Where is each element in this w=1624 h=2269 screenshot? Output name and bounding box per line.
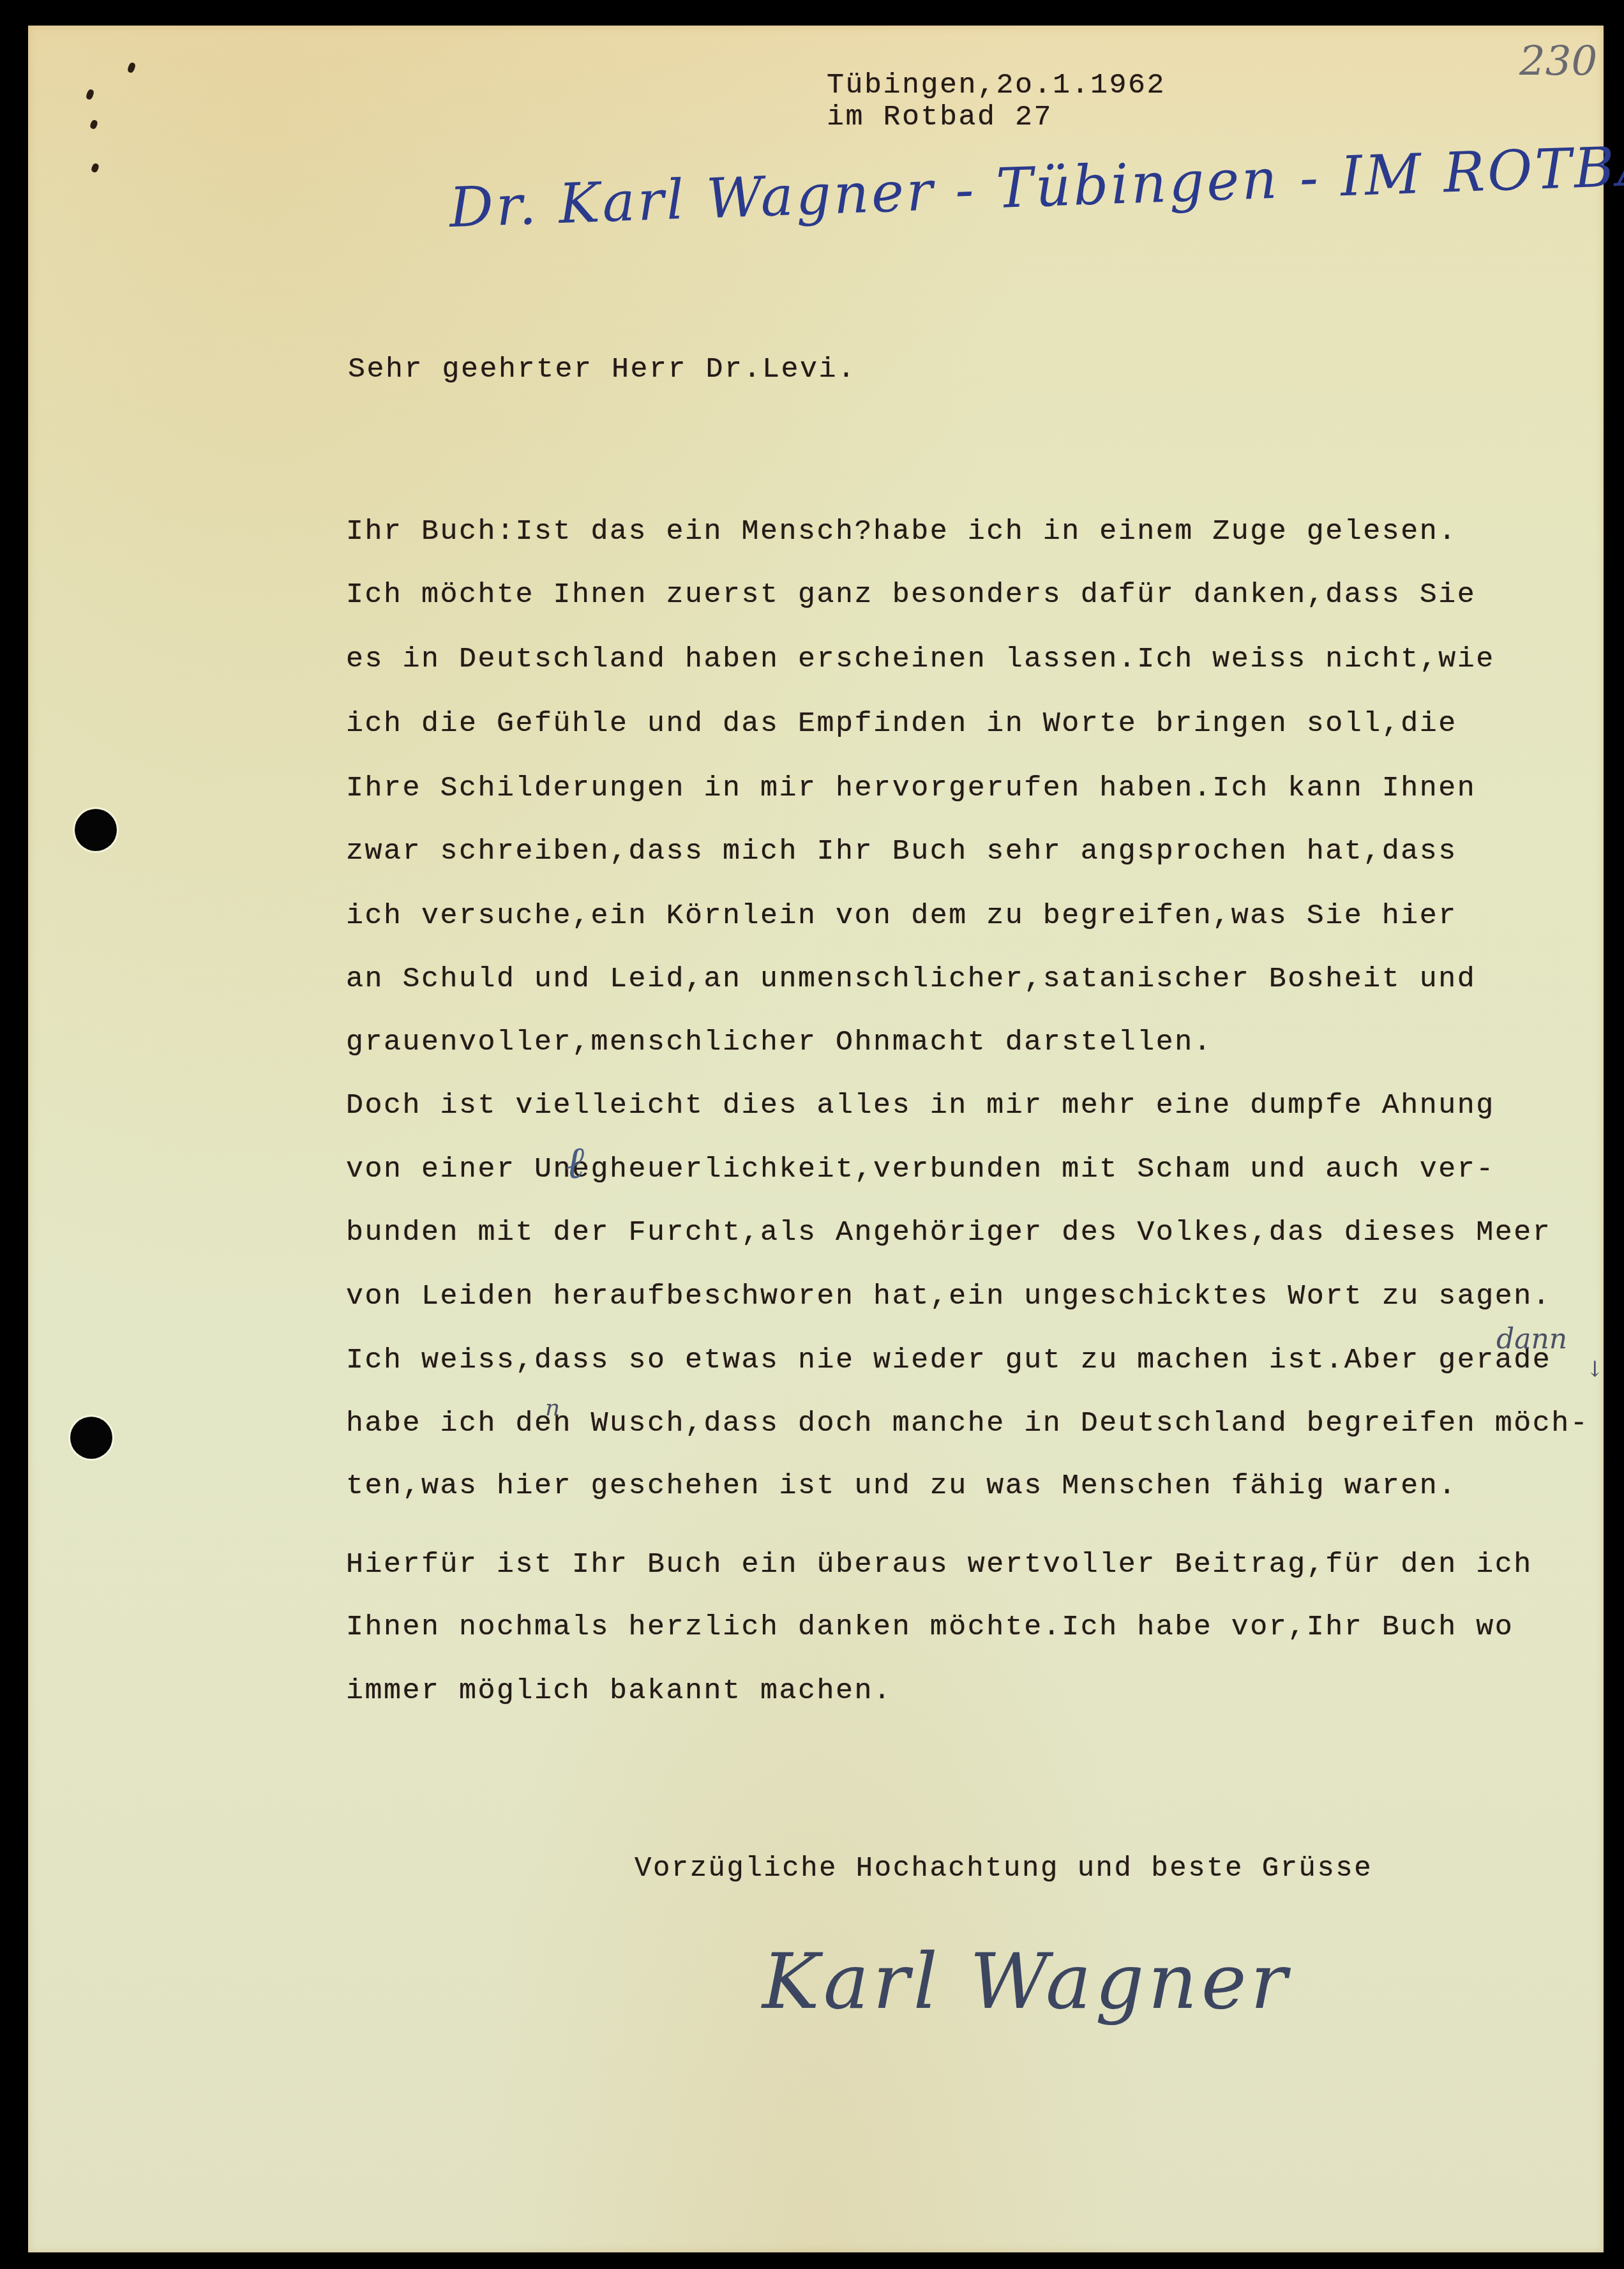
body-line: grauenvoller,menschlicher Ohnmacht darst… xyxy=(346,1026,1212,1059)
correction-insert-dann: dann xyxy=(1496,1323,1567,1355)
body-line: es in Deutschland haben erscheinen lasse… xyxy=(346,643,1495,675)
body-line: an Schuld und Leid,an unmenschlicher,sat… xyxy=(346,963,1476,995)
filing-mark xyxy=(91,163,100,174)
body-line: bunden mit der Furcht,als Angehöriger de… xyxy=(346,1216,1551,1249)
body-line: ich versuche,ein Körnlein von dem zu beg… xyxy=(346,900,1457,932)
body-line: ten,was hier geschehen ist und zu was Me… xyxy=(346,1470,1457,1502)
body-line: Ihr Buch:Ist das ein Mensch?habe ich in … xyxy=(346,515,1457,548)
signature: Karl Wagner xyxy=(762,1938,1291,2026)
page-number: 230 xyxy=(1519,38,1597,86)
correction-mark-ungeheuerlichkeit: ℓ xyxy=(566,1136,584,1189)
handwritten-sender: Dr. Karl Wagner - Tübingen - IM ROTBAD 2… xyxy=(448,129,1624,240)
correction-arrow: ↓ xyxy=(1586,1357,1604,1382)
body-line: zwar schreiben,dass mich Ihr Buch sehr a… xyxy=(346,835,1457,868)
punch-hole xyxy=(70,1417,112,1459)
place-date: Tübingen,2o.1.1962 xyxy=(827,69,1166,102)
sender-address: im Rotbad 27 xyxy=(827,101,1053,133)
body-line: Ihre Schilderungen in mir hervorgerufen … xyxy=(346,772,1476,804)
correction-insert-n: n xyxy=(545,1395,560,1421)
body-line: Ich weiss,dass so etwas nie wieder gut z… xyxy=(346,1344,1551,1376)
punch-hole xyxy=(75,809,117,851)
letter-page: 230 Tübingen,2o.1.1962 im Rotbad 27 Dr. … xyxy=(28,26,1604,2252)
filing-mark xyxy=(127,62,137,73)
body-line: Hierfür ist Ihr Buch ein überaus wertvol… xyxy=(346,1548,1533,1581)
salutation: Sehr geehrter Herr Dr.Levi. xyxy=(348,353,857,386)
body-line: habe ich den Wusch,dass doch manche in D… xyxy=(346,1407,1589,1440)
body-line: Ihnen nochmals herzlich danken möchte.Ic… xyxy=(346,1611,1514,1643)
body-line: Doch ist vielleicht dies alles in mir me… xyxy=(346,1089,1495,1122)
filing-mark xyxy=(89,119,98,130)
body-line: von Leiden heraufbeschworen hat,ein unge… xyxy=(346,1280,1551,1313)
body-line: Ich möchte Ihnen zuerst ganz besonders d… xyxy=(346,578,1476,611)
filing-mark xyxy=(86,89,95,100)
body-line: ich die Gefühle und das Empfinden in Wor… xyxy=(346,707,1457,740)
closing: Vorzügliche Hochachtung und beste Grüsse xyxy=(635,1853,1372,1885)
body-line: von einer Unegheuerlichkeit,verbunden mi… xyxy=(346,1153,1495,1186)
body-line: immer möglich bakannt machen. xyxy=(346,1675,892,1707)
